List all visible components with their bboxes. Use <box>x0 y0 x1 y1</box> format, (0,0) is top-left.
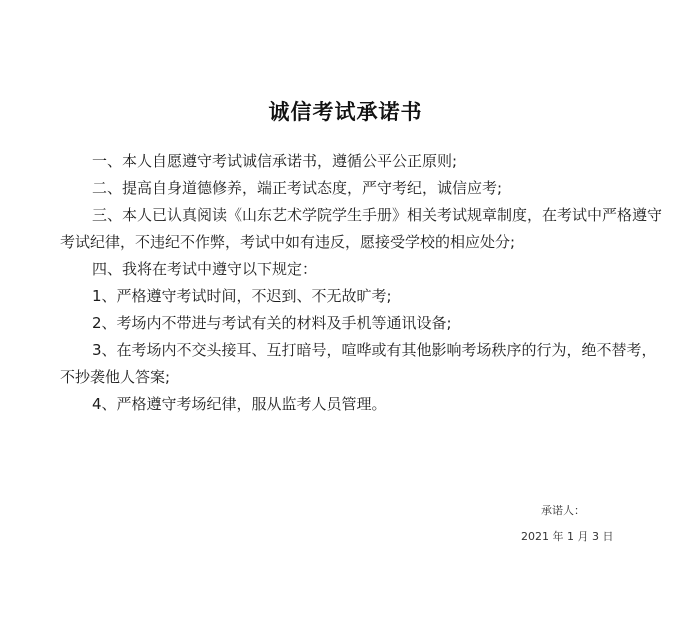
clause-1: 一、本人自愿遵守考试诚信承诺书，遵循公平公正原则; <box>92 151 457 171</box>
rule-4: 4、严格遵守考场纪律，服从监考人员管理。 <box>92 394 387 414</box>
rule-2: 2、考场内不带进与考试有关的材料及手机等通讯设备; <box>92 313 452 333</box>
rule-3: 3、在考场内不交头接耳、互打暗号，喧哗或有其他影响考场秩序的行为，绝不替考， <box>92 340 657 360</box>
clause-2: 二、提高自身道德修养，端正考试态度，严守考纪，诚信应考; <box>92 178 502 198</box>
signature-label: 承诺人： <box>541 502 585 518</box>
clause-3: 三、本人已认真阅读《山东艺术学院学生手册》相关考试规章制度，在考试中严格遵守 <box>92 205 662 225</box>
clause-3-continued: 考试纪律，不违纪不作弊，考试中如有违反，愿接受学校的相应处分; <box>60 232 515 252</box>
signature-date: 2021 年 1 月 3 日 <box>521 528 613 544</box>
rule-1: 1、严格遵守考试时间，不迟到、不无故旷考; <box>92 286 392 306</box>
clause-4: 四、我将在考试中遵守以下规定： <box>92 259 317 279</box>
document-title: 诚信考试承诺书 <box>0 96 691 126</box>
rule-3-continued: 不抄袭他人答案; <box>60 367 170 387</box>
